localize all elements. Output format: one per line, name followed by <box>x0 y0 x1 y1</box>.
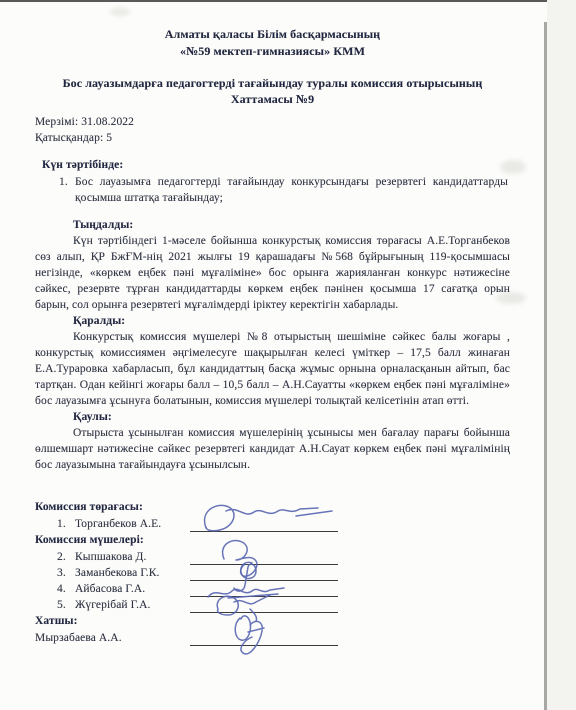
member-row: 5.Жүгерібай Г.А. <box>35 597 190 613</box>
secretary-heading: Хатшы: <box>35 613 190 630</box>
secretary-signature-icon <box>190 610 338 654</box>
member-name: Айбасова Г.А. <box>75 583 145 595</box>
member-row: 4.Айбасова Г.А. <box>35 581 190 597</box>
member-number: 4. <box>57 581 75 597</box>
resolution-heading: Қаулы: <box>35 409 510 425</box>
document-title-line1: Бос лауазымдарға педагогтерді тағайындау… <box>35 75 510 91</box>
heard-heading: Тыңдалды: <box>35 217 510 233</box>
chair-name: Торганбеков А.Е. <box>75 518 161 530</box>
chair-name-row: 1.Торганбеков А.Е. <box>35 516 190 532</box>
agenda-item-text: Бос лауазымға педагогтерді тағайындау ко… <box>75 174 510 206</box>
member-number: 3. <box>57 565 75 581</box>
member-name: Кыпшакова Д. <box>75 551 146 563</box>
organization-name-line1: Алматы қаласы Білім басқармасының <box>35 26 510 43</box>
members-heading: Комиссия мүшелері: <box>35 532 190 549</box>
secretary-signature-line <box>190 631 338 646</box>
considered-paragraph: Конкурстық комиссия мүшелері №8 отырысты… <box>35 329 510 409</box>
organization-name-line2: «№59 мектеп-гимназиясы» КММ <box>35 43 510 60</box>
signature-block: Комиссия төрағасы: 1.Торганбеков А.Е. Ко… <box>35 499 510 646</box>
scanned-document: Алматы қаласы Білім басқармасының «№59 м… <box>0 0 576 710</box>
chair-number: 1. <box>57 516 75 532</box>
document-title-line2: Хаттамасы №9 <box>35 91 510 107</box>
participants-count: Қатысқандар: 5 <box>35 130 510 146</box>
chair-heading: Комиссия төрағасы: <box>35 499 190 516</box>
member-number: 5. <box>57 597 75 613</box>
member-name: Жүгерібай Г.А. <box>75 599 150 611</box>
member-row: 2.Кыпшакова Д. <box>35 549 190 565</box>
chair-signature-line <box>190 517 338 532</box>
considered-heading: Қаралды: <box>35 313 510 329</box>
member-number: 2. <box>57 549 75 565</box>
document-date: Мерзімі: 31.08.2022 <box>35 114 510 130</box>
resolution-paragraph: Отырыста ұсынылған комиссия мүшелерінің … <box>35 425 510 473</box>
heard-paragraph: Күн тәртібіндегі 1-мәселе бойынша конкур… <box>35 233 510 313</box>
secretary-name: Мырзабаева А.А. <box>35 630 190 646</box>
agenda-item-number: 1. <box>35 174 75 206</box>
document-page: Алматы қаласы Білім басқармасының «№59 м… <box>0 0 576 646</box>
member-row: 3.Заманбекова Г.К. <box>35 565 190 581</box>
agenda-heading: Күн тәртібінде: <box>35 157 510 173</box>
member-name: Заманбекова Г.К. <box>75 567 160 579</box>
